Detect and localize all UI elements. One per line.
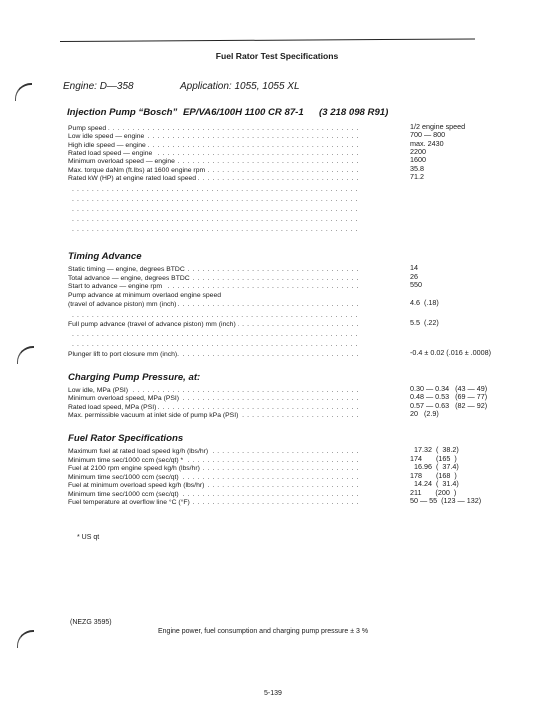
spec-label: Minimum overload speed — engine <box>68 158 177 165</box>
binder-hole-mark <box>15 83 32 101</box>
page-title: Fuel Rator Test Specifications <box>0 51 554 61</box>
spec-value: 50 — 55 (123 — 132) <box>410 496 481 505</box>
spec-row: Max. permissible vacuum at inlet side of… <box>68 411 361 420</box>
footnote: * US qt <box>77 534 99 541</box>
dotted-leader <box>72 311 359 320</box>
spec-label: Plunger lift to port closure mm (inch). <box>68 351 181 358</box>
spec-label: Fuel at 2100 rpm engine speed kg/h (lbs/… <box>68 465 202 472</box>
dotted-leader <box>72 340 359 349</box>
application-label: Application: 1055, 1055 XL <box>180 81 300 92</box>
spec-label: (travel of advance piston) mm (inch) <box>68 301 178 308</box>
spec-label: Start to advance — engine rpm <box>68 283 164 290</box>
dotted-leader <box>72 195 359 204</box>
spec-row: Rated kW (HP) at engine rated load speed <box>68 174 361 183</box>
page-number: 5-139 <box>264 690 282 697</box>
tolerance-note: Engine power, fuel consumption and charg… <box>158 628 368 635</box>
fuel-rator-heading: Fuel Rator Specifications <box>68 433 183 444</box>
top-rule <box>60 38 475 42</box>
spec-label: Low idle, MPa (PSI) <box>68 387 130 394</box>
spec-row: Full pump advance (travel of advance pis… <box>68 320 361 329</box>
spec-label: Full pump advance (travel of advance pis… <box>68 321 238 328</box>
spec-label: Max. torque daNm (ft.lbs) at 1600 engine… <box>68 167 207 174</box>
binder-hole-mark <box>17 346 34 364</box>
spec-row: Start to advance — engine rpm <box>68 282 361 291</box>
spec-label: Maximum fuel at rated load speed kg/h (l… <box>68 448 210 455</box>
charging-pump-heading: Charging Pump Pressure, at: <box>68 372 200 383</box>
spec-label: Minimum time sec/1000 ccm (sec/qt) <box>68 491 181 498</box>
binder-hole-mark <box>17 630 34 648</box>
spec-label: Rated load speed — engine <box>68 150 154 157</box>
dotted-leader <box>72 215 359 224</box>
spec-label: Pump speed <box>68 125 108 132</box>
spec-value: 550 <box>410 280 422 289</box>
spec-value: -0.4 ± 0.02 (.016 ± .0008) <box>410 348 491 357</box>
spec-label: Rated load speed, MPa (PSI) <box>68 404 158 411</box>
spec-row: Fuel temperature at overflow line °C (°F… <box>68 498 361 507</box>
spec-label: Minimum time sec/1000 ccm (sec/qt) <box>68 474 181 481</box>
spec-label: Max. permissible vacuum at inlet side of… <box>68 412 240 419</box>
spec-label-line: Pump advance at minimum overlaod engine … <box>68 291 361 300</box>
spec-label: Total advance — engine, degrees BTDC <box>68 275 192 282</box>
dotted-leader <box>72 185 359 194</box>
injection-pump-model: EP/VA6/100H 1100 CR 87-1 <box>183 107 304 118</box>
injection-pump-part: (3 218 098 R91) <box>319 107 388 118</box>
dotted-leader <box>72 330 359 339</box>
spec-label: Fuel at minimum overload speed kg/h (lbs… <box>68 482 206 489</box>
spec-row: (travel of advance piston) mm (inch) <box>68 300 361 309</box>
reference-code: (NEZG 3595) <box>70 619 112 626</box>
spec-label: Minimum time sec/1000 ccm (sec/qt) * <box>68 457 185 464</box>
spec-value: 20 (2.9) <box>410 409 439 418</box>
timing-advance-heading: Timing Advance <box>68 251 142 262</box>
spec-label: High idle speed — engine <box>68 142 148 149</box>
spec-value: 4.6 (.18) <box>410 298 439 307</box>
spec-row: Plunger lift to port closure mm (inch). <box>68 350 361 359</box>
dotted-leader <box>72 225 359 234</box>
spec-value: 5.5 (.22) <box>410 318 439 327</box>
spec-label: Static timing — engine, degrees BTDC <box>68 266 187 273</box>
spec-value: 71.2 <box>410 172 424 181</box>
dotted-leader <box>72 205 359 214</box>
engine-label: Engine: D—358 <box>63 81 134 92</box>
spec-label: Fuel temperature at overflow line °C (°F… <box>68 499 192 506</box>
injection-pump-heading: Injection Pump “Bosch” <box>67 107 177 118</box>
spec-label: Pump advance at minimum overlaod engine … <box>68 292 223 299</box>
spec-label: Minimum overload speed, MPa (PSI) <box>68 395 181 402</box>
spec-label: Rated kW (HP) at engine rated load speed <box>68 175 198 182</box>
spec-label: Low idle speed — engine <box>68 133 146 140</box>
